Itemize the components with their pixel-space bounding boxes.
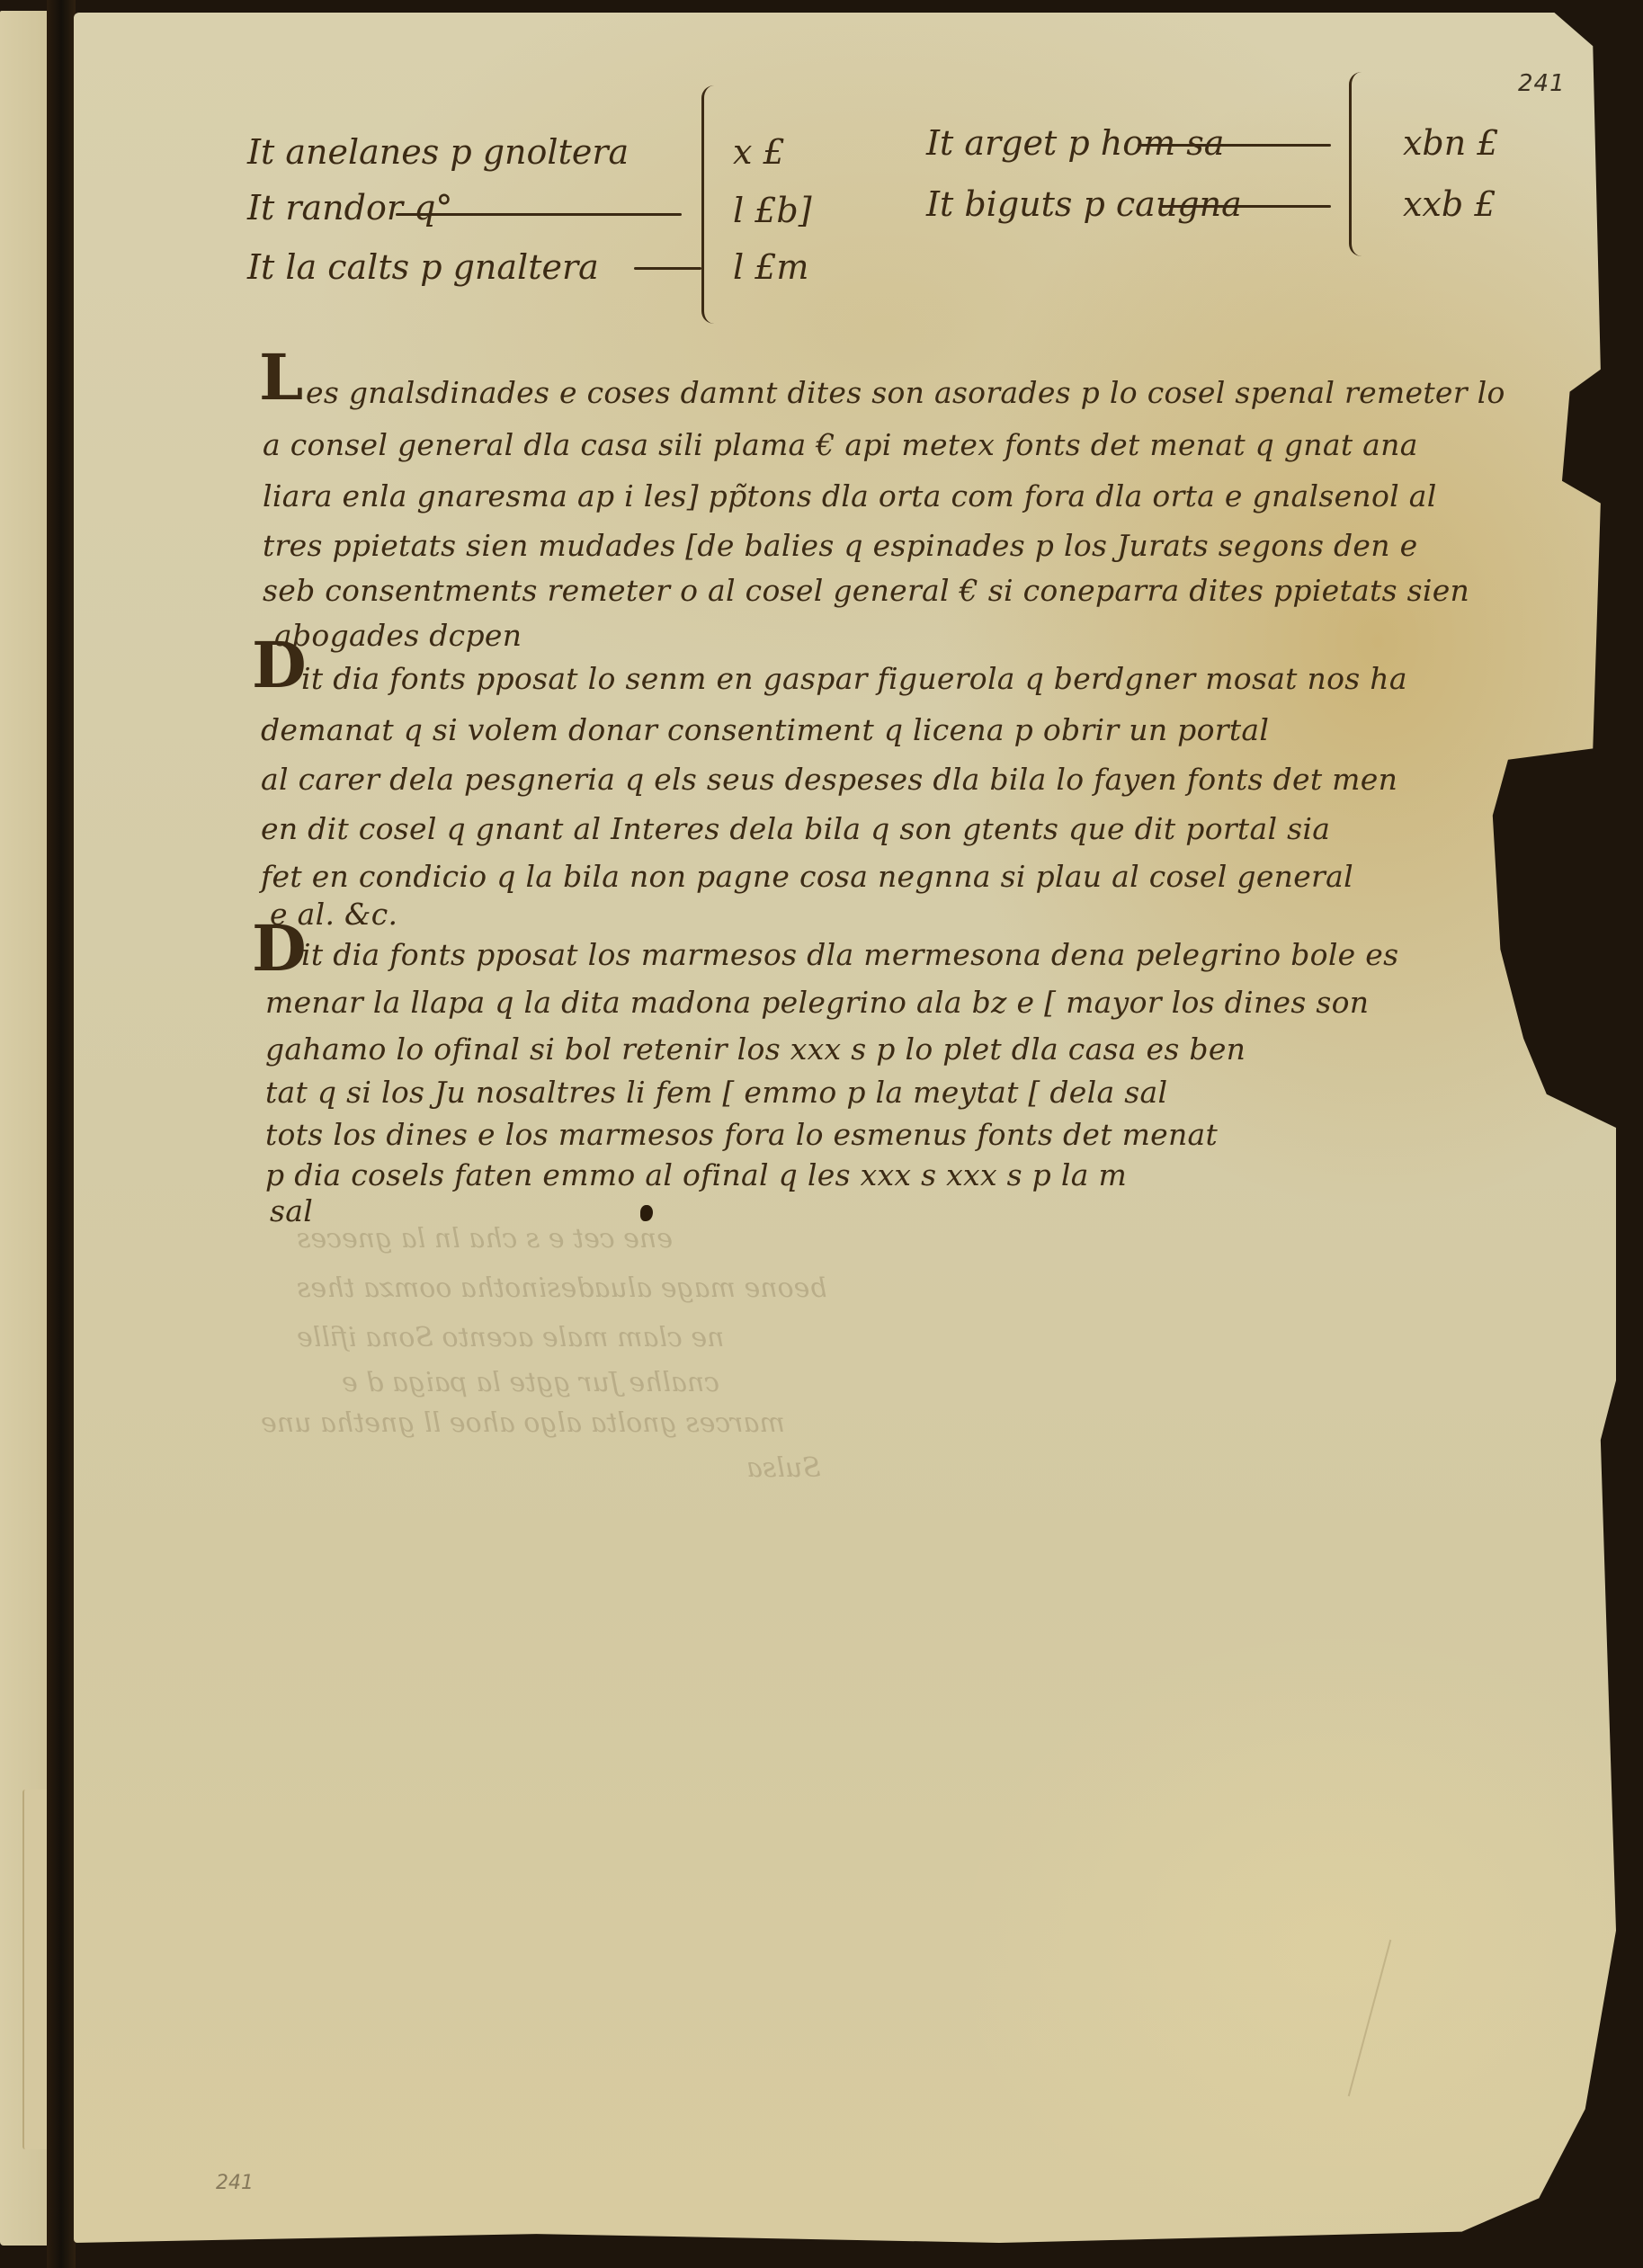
account-label: It randor q°	[247, 191, 452, 225]
ghost-line: Sulsa	[746, 1452, 821, 1484]
text-line: abogades dcpen	[274, 621, 522, 650]
text-line: demanat q si volem donar consentiment q …	[261, 715, 1269, 745]
account-label: It anelanes p gnoltera	[247, 135, 629, 169]
text-line: menar la llapa q la dita madona pelegrin…	[265, 987, 1369, 1017]
text-line: tat q si los Ju nosaltres li fem [ emmo …	[265, 1077, 1167, 1107]
account-label: It arget p hom sa	[926, 126, 1224, 160]
text-line: es gnalsdinades e coses damnt dites son …	[306, 378, 1505, 407]
text-line: fet en condicio q la bila non pagne cosa…	[261, 862, 1353, 891]
text-line: en dit cosel q gnant al Interes dela bil…	[261, 814, 1330, 844]
account-amount: l £m	[733, 250, 808, 284]
ghost-line: marces gnolta algo ahoe ll gnetha une	[261, 1407, 785, 1439]
folio-number-top: 241	[1518, 70, 1566, 97]
text-line: gahamo lo ofinal si bol retenir los xxx …	[265, 1034, 1246, 1064]
text-line: p dia cosels faten emmo al ofinal q les …	[265, 1160, 1127, 1190]
initial-letter: D	[252, 917, 307, 980]
text-line: tots los dines e los marmesos fora lo es…	[265, 1120, 1218, 1149]
grouping-brace	[1349, 72, 1368, 256]
text-line: a consel general dla casa sili plama € a…	[263, 430, 1418, 460]
leader-line	[396, 213, 682, 216]
text-line: tres ppietats sien mudades [de balies q …	[263, 531, 1417, 560]
text-line: al carer dela pesgneria q els seus despe…	[261, 764, 1397, 794]
account-label: It la calts p gnaltera	[247, 250, 599, 284]
account-label: It biguts p caugna	[926, 187, 1242, 221]
account-amount: x £	[733, 135, 785, 169]
folio-number-bottom: 241	[216, 2172, 254, 2194]
initial-letter: D	[252, 634, 307, 697]
account-amount: l £b]	[733, 193, 812, 228]
text-line: liara enla gnaresma ap i les] pp̃tons dl…	[263, 481, 1437, 511]
initial-letter: L	[259, 346, 303, 409]
account-amount: xxb £	[1403, 187, 1496, 221]
text-line: it dia fonts pposat lo senm en gaspar fi…	[301, 664, 1407, 693]
text-line: sal	[270, 1196, 313, 1226]
leader-line	[1160, 205, 1331, 208]
text-line: seb consentments remeter o al cosel gene…	[263, 576, 1469, 605]
ghost-line: ne clam male acento Sona ifille	[297, 1322, 724, 1353]
ghost-line: cnalhe Jur ggte la paiga d e	[342, 1367, 719, 1398]
leader-line	[1138, 144, 1331, 147]
ghost-line: beone mage aluadesinotha oomza thes	[297, 1272, 827, 1304]
text-line: it dia fonts pposat los marmesos dla mer…	[301, 940, 1398, 969]
grouping-brace	[701, 85, 720, 324]
leader-line	[634, 267, 701, 270]
book-gutter	[47, 0, 76, 2268]
account-amount: xbn £	[1403, 126, 1499, 160]
ghost-line: ene cet e s cha ln la gneces	[297, 1223, 673, 1255]
paper-crease	[1348, 1940, 1392, 2096]
